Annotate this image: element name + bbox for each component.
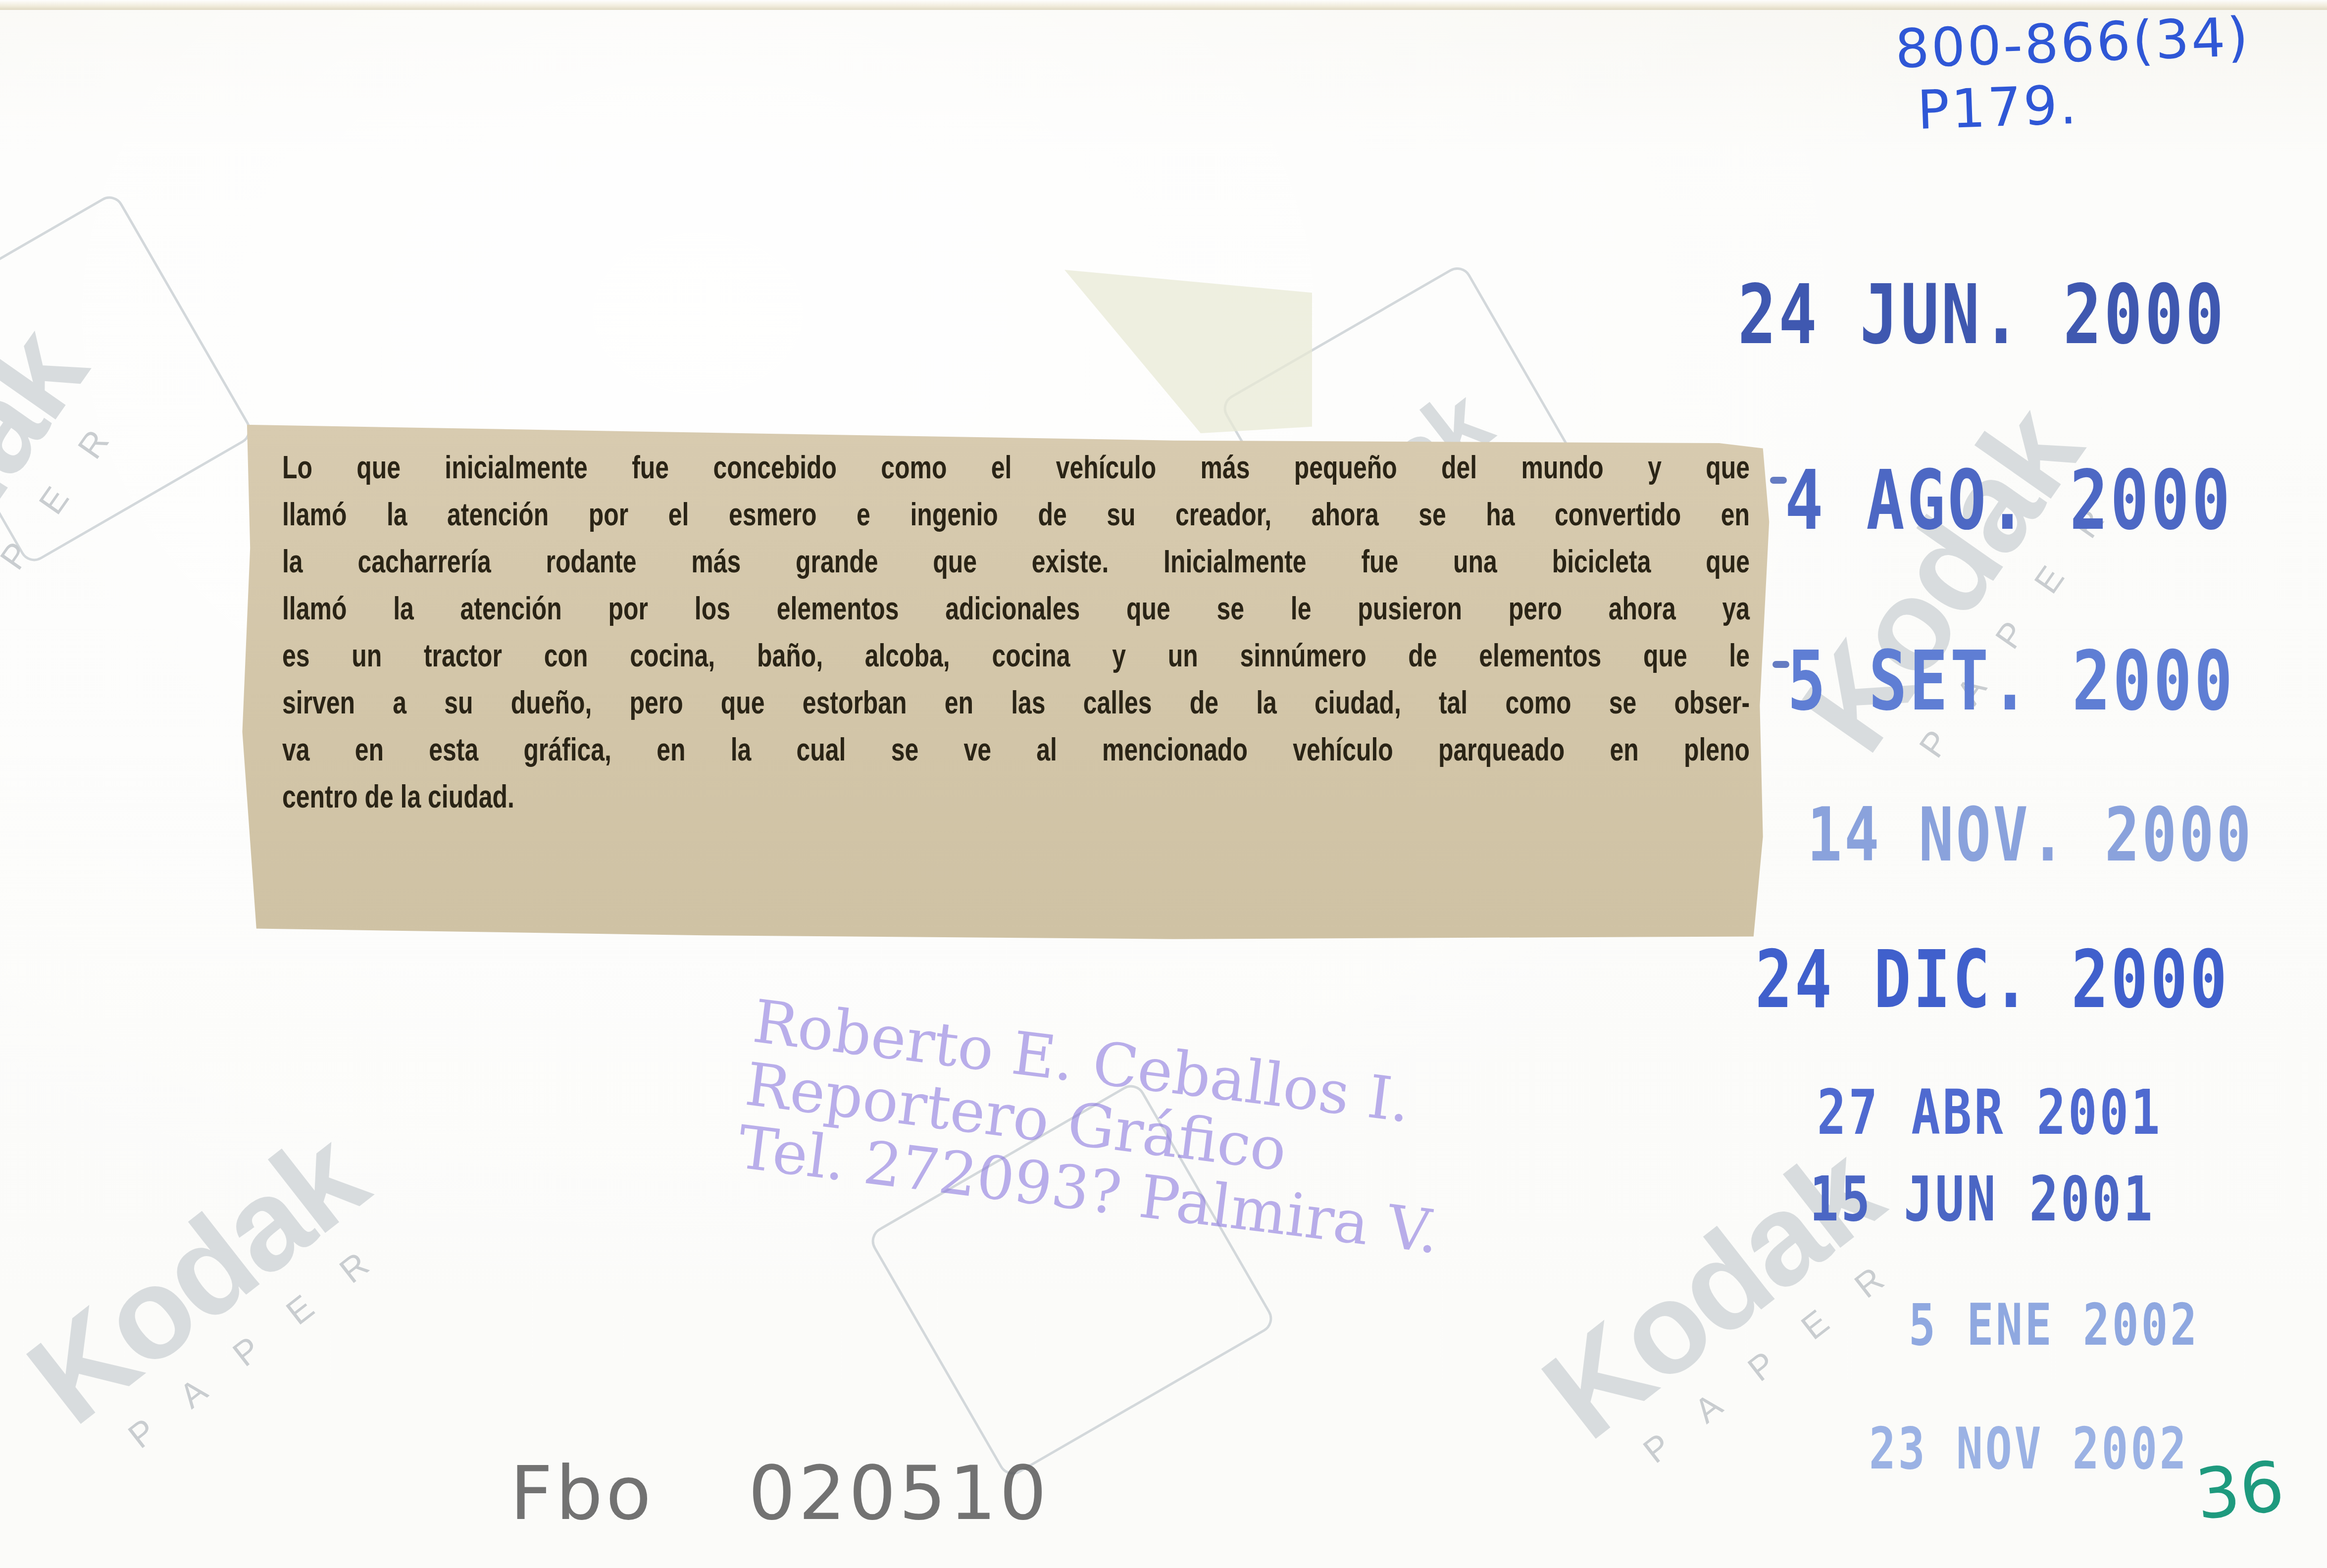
date-stamp-month: NOV. <box>1881 792 2105 878</box>
ink-tick-mark <box>1770 477 1787 484</box>
clipping-caption: Lo que inicialmente fue concebido como e… <box>282 444 1750 820</box>
date-stamp: 5 SET. 2000 <box>1787 634 2235 729</box>
date-stamp: 27 ABR 2001 <box>1817 1077 2162 1149</box>
date-stamp-day: 14 <box>1807 792 1881 878</box>
clipping-line: centro de la ciudad. <box>282 773 1750 820</box>
date-stamp-day: 24 <box>1755 933 1834 1026</box>
date-stamp-year: 2000 <box>2063 267 2226 362</box>
clipping-line: es un tractor con cocina, baño, alcoba, … <box>282 632 1750 679</box>
archive-code-line-1: 800-866(34) <box>1894 6 2251 81</box>
date-stamp-month: JUN. <box>1819 267 2063 362</box>
clipping-line: sirven a su dueño, pero que estorban en … <box>282 679 1750 726</box>
date-stamp: 24 DIC. 2000 <box>1755 933 2229 1026</box>
date-stamp-year: 2000 <box>2105 792 2253 878</box>
pencil-reference-number: Fbo020510 <box>510 1451 1050 1537</box>
date-stamp-day: 27 <box>1817 1077 1880 1149</box>
date-stamp-day: 5 <box>1909 1292 1938 1359</box>
date-stamp-day: 23 <box>1869 1416 1927 1482</box>
date-stamp: 4 AGO. 2000 <box>1785 453 2232 548</box>
date-stamp-month: NOV <box>1927 1416 2072 1482</box>
date-stamp-year: 2000 <box>2070 453 2232 548</box>
date-stamp-month: ENE <box>1938 1292 2083 1359</box>
clipping-line: va en esta gráfica, en la cual se ve al … <box>282 726 1750 773</box>
date-stamp: 23 NOV 2002 <box>1869 1416 2189 1482</box>
date-stamp-year: 2000 <box>2072 933 2229 1026</box>
page-number-handwritten: 36 <box>2192 1446 2288 1536</box>
date-stamp-year: 2002 <box>2083 1292 2199 1359</box>
date-stamp-month: SET. <box>1828 634 2072 729</box>
date-stamp-day: 5 <box>1787 634 1828 729</box>
clipping-line: llamó la atención por los elementos adic… <box>282 585 1750 632</box>
date-stamp-month: ABR <box>1880 1077 2037 1149</box>
date-stamp-day: 15 <box>1810 1163 1872 1235</box>
newspaper-clipping: Lo que inicialmente fue concebido como e… <box>238 417 1797 942</box>
archive-code-line-2: P179. <box>1916 68 2253 142</box>
archive-code-handwritten: 800-866(34) P179. <box>1894 6 2253 143</box>
clipping-line: llamó la atención por el esmero e ingeni… <box>282 491 1750 538</box>
pencil-reference-value: 020510 <box>748 1451 1050 1537</box>
date-stamp-year: 2000 <box>2072 634 2235 729</box>
date-stamp: 15 JUN 2001 <box>1810 1163 2155 1235</box>
date-stamp-year: 2001 <box>2029 1163 2155 1235</box>
date-stamp: 24 JUN. 2000 <box>1738 267 2226 362</box>
date-stamp-day: 4 <box>1785 453 1825 548</box>
clipping-line: la cacharrería rodante más grande que ex… <box>282 538 1750 585</box>
date-stamp-month: AGO. <box>1825 453 2070 548</box>
date-stamp: 14 NOV. 2000 <box>1807 792 2253 878</box>
date-stamp: 5 ENE 2002 <box>1909 1292 2199 1359</box>
paper-top-edge <box>0 0 2327 10</box>
date-stamp-month: DIC. <box>1834 933 2072 1026</box>
pencil-reference-prefix: Fbo <box>510 1451 654 1537</box>
date-stamp-month: JUN <box>1872 1163 2029 1235</box>
date-stamp-year: 2002 <box>2073 1416 2189 1482</box>
date-stamp-year: 2001 <box>2037 1077 2163 1149</box>
ink-tick-mark <box>1772 661 1789 668</box>
clipping-line: Lo que inicialmente fue concebido como e… <box>282 444 1750 491</box>
date-stamp-day: 24 <box>1738 267 1819 362</box>
